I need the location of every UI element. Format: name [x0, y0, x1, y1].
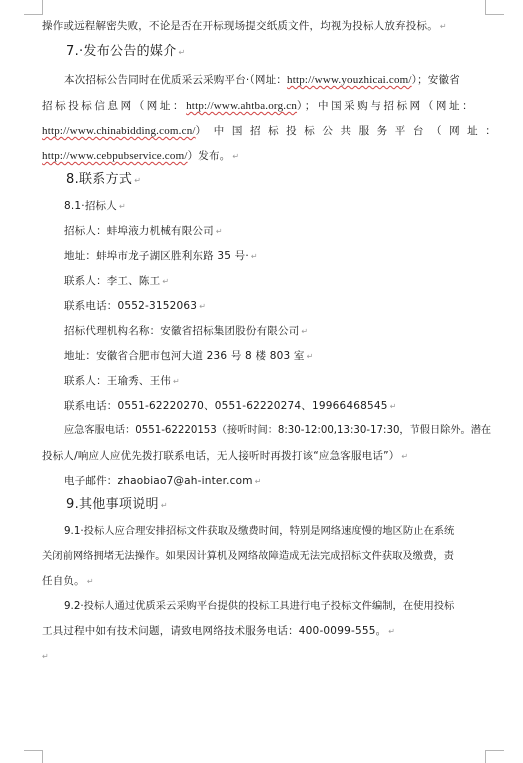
paragraph-mark-icon: ↵	[119, 202, 126, 211]
section-9-heading: 9.其他事项说明↵	[66, 497, 168, 514]
paragraph-mark-icon: ↵	[401, 452, 408, 461]
agency-contacts: 联系人：王瑜秀、王伟↵	[64, 374, 180, 389]
paragraph-mark-icon: ↵	[216, 227, 223, 236]
note-9-1-line-1: 9.1·投标人应合理安排招标文件获取及缴费时间，特别是网络速度慢的地区防止在系统	[64, 524, 454, 538]
section-8-1-heading: 8.1·招标人↵	[64, 199, 126, 214]
note-9-1-line-2: 关闭前网络拥堵无法操作。如果因计算机及网络故障造成无法完成招标文件获取及缴费，责	[42, 549, 454, 563]
paragraph-mark-icon: ↵	[87, 577, 94, 586]
paragraph-mark-icon: ↵	[199, 302, 206, 311]
section-7-heading: 7.·发布公告的媒介↵	[66, 44, 186, 61]
paragraph-mark-icon: ↵	[162, 277, 169, 286]
text: ）；中国采购与招标网（网址：	[297, 100, 475, 112]
link-youzhicai[interactable]: http://www.youzhicai.com/	[287, 74, 412, 86]
text: 投标人/响应人应优先拨打联系电话，无人接听时再拨打该“应急客服电话”）	[42, 450, 399, 462]
paragraph-mark-icon: ↵	[307, 352, 314, 361]
agency-email: 电子邮件：zhaobiao7@ah-inter.com↵	[64, 474, 262, 489]
agency-phone: 联系电话：0551-62220270、0551-62220274、1996646…	[64, 399, 397, 414]
page-corner-mark-top-right	[485, 0, 504, 15]
media-line-4: http://www.cebpubservice.com/）发布。↵	[42, 149, 239, 164]
note-9-2-line-2: 工具过程中如有技术问题，请致电网络技术服务电话：400-0099-555。↵	[42, 624, 395, 639]
media-line-1: 本次招标公告同时在优质采云采购平台·（网址：http://www.youzhic…	[64, 73, 460, 87]
paragraph-continuation: 操作或远程解密失败，不论是否在开标现场提交纸质文件，均视为投标人放弃投标。↵	[42, 19, 447, 34]
paragraph-mark-icon: ↵	[179, 48, 186, 57]
heading-text: 9.其他事项说明	[66, 497, 159, 512]
text: 联系人：李工、陈工	[64, 275, 160, 287]
media-line-2: 招标投标信息网（网址：http://www.ahtba.org.cn）；中国采购…	[42, 99, 475, 113]
paragraph-mark-icon: ↵	[390, 402, 397, 411]
text: 招标人：蚌埠液力机械有限公司	[64, 225, 214, 237]
text: ）中国招标投标公共服务平台（网址：	[196, 125, 504, 137]
text: ）发布。	[188, 150, 231, 162]
paragraph-mark-icon: ↵	[255, 477, 262, 486]
note-9-1-line-3: 任自负。↵	[42, 574, 94, 589]
text: 9.1·投标人应合理安排招标文件获取及缴费时间，特别是网络速度慢的地区防止在系统	[64, 525, 454, 537]
text: 地址：安徽省合肥市包河大道 236 号 8 楼 803 室	[64, 350, 305, 362]
link-ahtba[interactable]: http://www.ahtba.org.cn	[186, 100, 297, 112]
paragraph-mark-icon: ↵	[134, 176, 141, 185]
tenderer-name: 招标人：蚌埠液力机械有限公司↵	[64, 224, 223, 239]
text: 关闭前网络拥堵无法操作。如果因计算机及网络故障造成无法完成招标文件获取及缴费，责	[42, 550, 454, 562]
page-corner-mark-bottom-left	[24, 750, 43, 763]
heading-text: 7.·发布公告的媒介	[66, 44, 177, 59]
tenderer-address: 地址：蚌埠市龙子湖区胜利东路 35 号·↵	[64, 249, 258, 264]
paragraph-mark-icon: ↵	[388, 627, 395, 636]
agency-address: 地址：安徽省合肥市包河大道 236 号 8 楼 803 室↵	[64, 349, 314, 364]
heading-text: 8.联系方式	[66, 172, 132, 187]
paragraph-mark-icon: ↵	[301, 327, 308, 336]
tenderer-phone: 联系电话：0552-3152063↵	[64, 299, 206, 314]
text: 地址：蚌埠市龙子湖区胜利东路 35 号·	[64, 250, 249, 262]
text: ）；安徽省	[412, 74, 460, 86]
text: 8.1·招标人	[64, 200, 117, 212]
note-9-2-line-1: 9.2·投标人通过优质采云采购平台提供的投标工具进行电子投标文件编制，在使用投标	[64, 599, 454, 613]
text: 任自负。	[42, 575, 85, 587]
paragraph-mark-icon: ↵	[251, 252, 258, 261]
paragraph-mark-icon: ↵	[232, 152, 239, 161]
text: 9.2·投标人通过优质采云采购平台提供的投标工具进行电子投标文件编制，在使用投标	[64, 600, 454, 612]
text: 联系人：王瑜秀、王伟	[64, 375, 171, 387]
text: 联系电话：0551-62220270、0551-62220274、1996646…	[64, 400, 388, 412]
text: 招标代理机构名称：安徽省招标集团股份有限公司	[64, 325, 299, 337]
text: 工具过程中如有技术问题，请致电网络技术服务电话：400-0099-555。	[42, 625, 386, 637]
emergency-phone-line-2: 投标人/响应人应优先拨打联系电话，无人接听时再拨打该“应急客服电话”）↵	[42, 449, 408, 464]
text: 联系电话：0552-3152063	[64, 300, 197, 312]
text: 电子邮件：zhaobiao7@ah-inter.com	[64, 475, 253, 487]
page-corner-mark-top-left	[24, 0, 43, 15]
link-cebpubservice[interactable]: http://www.cebpubservice.com/	[42, 150, 188, 162]
empty-paragraph[interactable]: ↵	[42, 649, 49, 664]
paragraph-mark-icon: ↵	[161, 501, 168, 510]
text: 操作或远程解密失败，不论是否在开标现场提交纸质文件，均视为投标人放弃投标。	[42, 20, 438, 32]
emergency-phone-line-1: 应急客服电话：0551-62220153（接听时间：8:30-12:00,13:…	[64, 424, 491, 438]
media-line-3: http://www.chinabidding.com.cn/）中国招标投标公共…	[42, 124, 503, 138]
tenderer-contacts: 联系人：李工、陈工↵	[64, 274, 169, 289]
agency-name: 招标代理机构名称：安徽省招标集团股份有限公司↵	[64, 324, 308, 339]
section-8-heading: 8.联系方式↵	[66, 172, 141, 189]
text: 招标投标信息网（网址：	[42, 100, 186, 112]
paragraph-mark-icon: ↵	[42, 652, 49, 661]
text: 本次招标公告同时在优质采云采购平台·（网址：	[64, 74, 287, 86]
paragraph-mark-icon: ↵	[440, 22, 447, 31]
text: 应急客服电话：0551-62220153（接听时间：8:30-12:00,13:…	[64, 425, 491, 436]
paragraph-mark-icon: ↵	[173, 377, 180, 386]
link-chinabidding[interactable]: http://www.chinabidding.com.cn/	[42, 125, 196, 137]
page-corner-mark-bottom-right	[485, 750, 504, 763]
